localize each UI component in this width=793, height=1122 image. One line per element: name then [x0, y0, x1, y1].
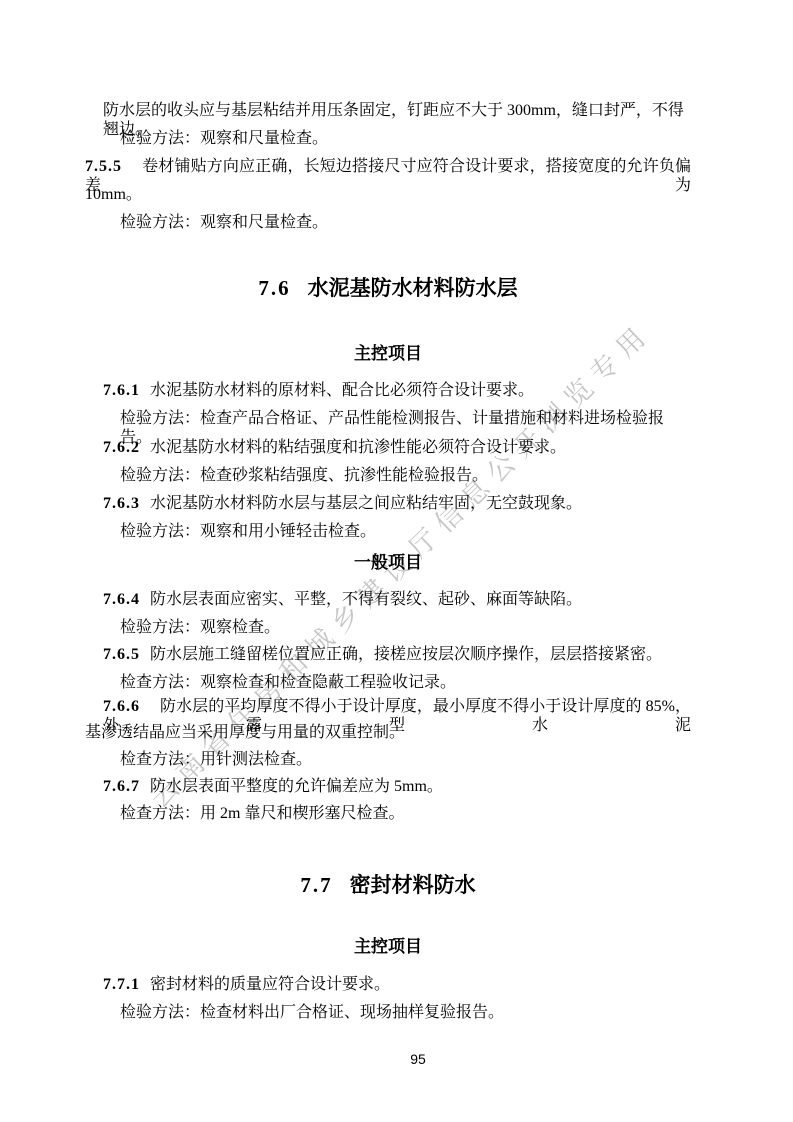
subsection-heading: 主控项目	[85, 343, 691, 365]
clause-text: 防水层表面平整度的允许偏差应为 5mm。	[150, 778, 443, 795]
method-line: 检验方法：观察检查。	[85, 618, 691, 637]
section-title: 水泥基防水材料防水层	[308, 276, 518, 300]
clause-line: 7.6.3水泥基防水材料防水层与基层之间应粘结牢固，无空鼓现象。	[85, 494, 691, 513]
clause-number: 7.6.1	[103, 382, 140, 399]
clause-line: 7.6.7防水层表面平整度的允许偏差应为 5mm。	[85, 777, 691, 796]
clause-wrap-line: 基渗透结晶应当采用厚度与用量的双重控制。	[85, 723, 691, 742]
section-number: 7.6	[258, 276, 290, 300]
document-page: 云南省住房和城乡建设厅信息公开浏览专用 防水层的收头应与基层粘结并用压条固定，钉…	[0, 0, 793, 1122]
clause-number: 7.6.5	[103, 646, 140, 663]
clause-number: 7.6.7	[103, 778, 140, 795]
section-number: 7.7	[300, 873, 332, 897]
clause-line: 7.6.1水泥基防水材料的原材料、配合比必须符合设计要求。	[85, 381, 691, 400]
method-line: 检验方法：检查砂浆粘结强度、抗渗性能检验报告。	[85, 466, 691, 485]
clause-text: 防水层施工缝留槎位置应正确，接槎应按层次顺序操作，层层搭接紧密。	[150, 646, 662, 663]
section-heading: 7.7密封材料防水	[85, 872, 691, 898]
method-line: 检查方法：观察检查和检查隐蔽工程验收记录。	[85, 673, 691, 692]
clause-line: 7.7.1密封材料的质量应符合设计要求。	[85, 975, 691, 994]
method-line: 检验方法：观察和尺量检查。	[85, 213, 691, 232]
method-line: 检查方法：用针测法检查。	[85, 750, 691, 769]
clause-line: 7.6.4防水层表面应密实、平整，不得有裂纹、起砂、麻面等缺陷。	[85, 590, 691, 609]
method-line: 检查方法：用 2m 靠尺和楔形塞尺检查。	[85, 804, 691, 823]
clause-number: 7.7.1	[103, 976, 140, 993]
clause-text: 水泥基防水材料的粘结强度和抗渗性能必须符合设计要求。	[150, 439, 566, 456]
section-heading: 7.6水泥基防水材料防水层	[85, 275, 691, 301]
method-line: 检验方法：检查材料出厂合格证、现场抽样复验报告。	[85, 1003, 691, 1022]
method-line: 检验方法：观察和尺量检查。	[85, 129, 691, 148]
clause-number: 7.6.4	[103, 591, 140, 608]
clause-number: 7.6.2	[103, 439, 140, 456]
method-line: 检验方法：观察和用小锤轻击检查。	[85, 522, 691, 541]
clause-text: 水泥基防水材料的原材料、配合比必须符合设计要求。	[150, 382, 534, 399]
subsection-heading: 主控项目	[85, 936, 691, 958]
clause-number: 7.5.5	[85, 158, 122, 175]
clause-text: 防水层表面应密实、平整，不得有裂纹、起砂、麻面等缺陷。	[150, 591, 582, 608]
page-number: 95	[398, 1051, 438, 1067]
section-title: 密封材料防水	[350, 873, 476, 897]
clause-text: 水泥基防水材料防水层与基层之间应粘结牢固，无空鼓现象。	[150, 495, 582, 512]
subsection-heading: 一般项目	[85, 552, 691, 574]
clause-number: 7.6.3	[103, 495, 140, 512]
clause-line: 7.6.5防水层施工缝留槎位置应正确，接槎应按层次顺序操作，层层搭接紧密。	[85, 645, 691, 664]
clause-line: 7.6.2水泥基防水材料的粘结强度和抗渗性能必须符合设计要求。	[85, 438, 691, 457]
clause-text: 密封材料的质量应符合设计要求。	[150, 976, 390, 993]
clause-wrap-line: 10mm。	[85, 185, 691, 204]
clause-number: 7.6.6	[103, 698, 140, 715]
